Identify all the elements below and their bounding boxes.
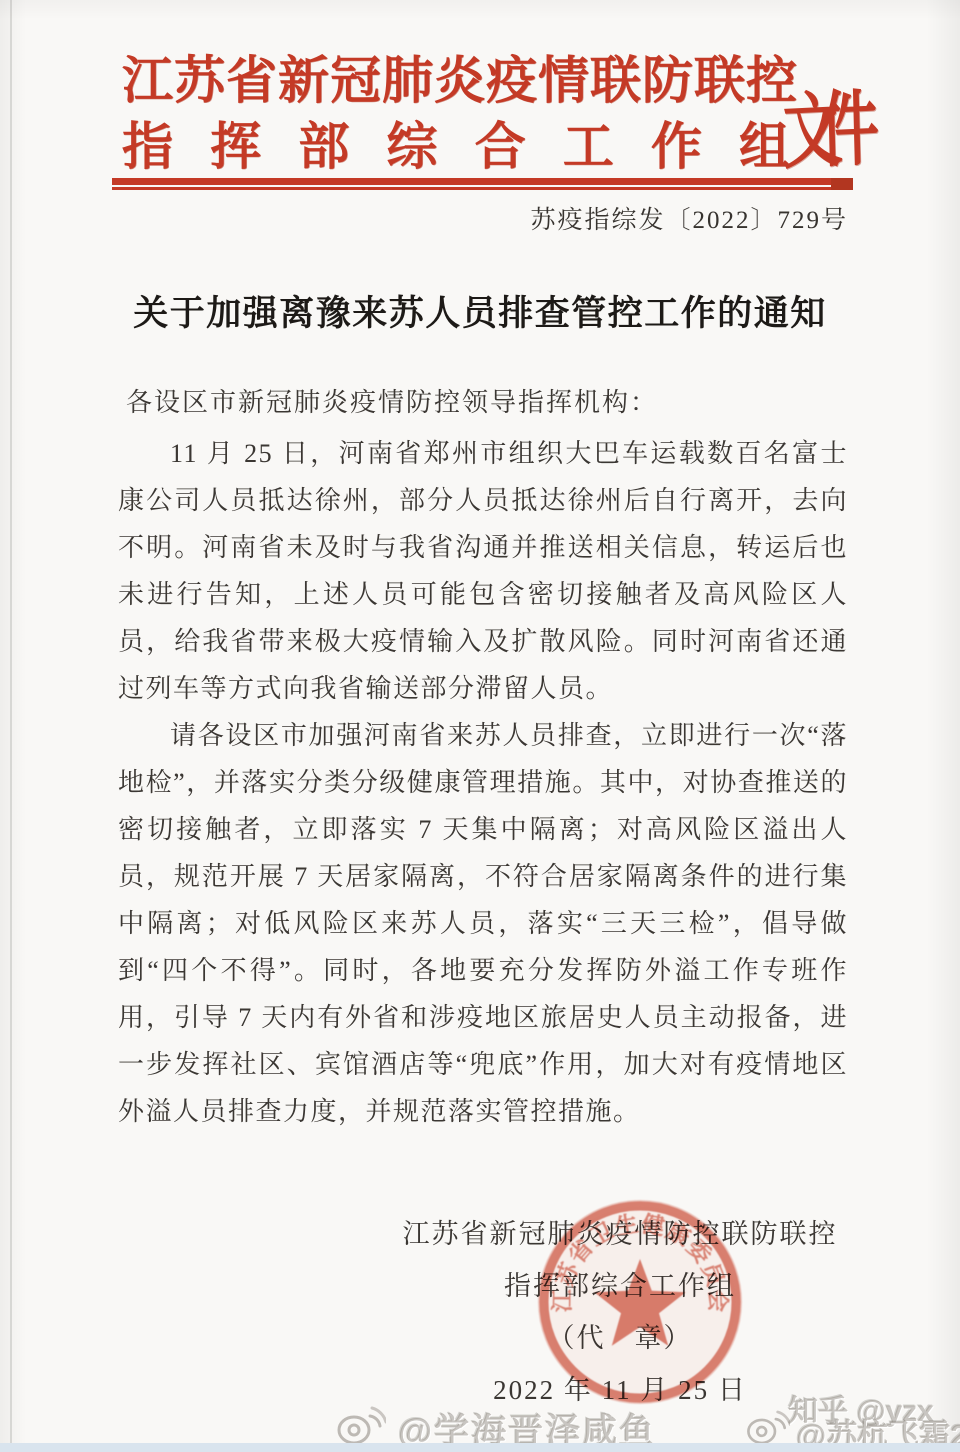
body-paragraph-2: 请各设区市加强河南省来苏人员排查，立即进行一次“落地检”，并落实分类分级健康管理… <box>118 712 848 1135</box>
document-page: 江苏省新冠肺炎疫情联防联控 指挥部综合工作组 文件 苏疫指综发〔2022〕729… <box>0 0 960 1452</box>
doc-type-label: 文件 <box>782 80 858 183</box>
bottom-edge-strip <box>0 1443 960 1452</box>
masthead: 江苏省新冠肺炎疫情联防联控 指挥部综合工作组 <box>122 48 790 180</box>
masthead-org-line2: 指挥部综合工作组 <box>122 116 790 180</box>
body-paragraph-1: 11 月 25 日，河南省郑州市组织大巴车运载数百名富士康公司人员抵达徐州，部分… <box>118 430 848 712</box>
doc-number: 苏疫指综发〔2022〕729号 <box>530 200 848 236</box>
document-body: 11 月 25 日，河南省郑州市组织大巴车运载数百名富士康公司人员抵达徐州，部分… <box>118 430 848 1135</box>
official-seal: 江苏省卫生健康委员会 <box>530 1192 750 1412</box>
document-title: 关于加强离豫来苏人员排查管控工作的通知 <box>0 286 960 336</box>
masthead-org-line1: 江苏省新冠肺炎疫情联防联控 <box>122 48 790 116</box>
weibo-icon <box>334 1402 386 1448</box>
red-rule-end-cap <box>831 178 853 190</box>
red-rule-thin <box>112 187 853 190</box>
scan-artifact-line <box>10 0 12 1452</box>
weibo-icon <box>744 1406 790 1448</box>
salutation: 各设区市新冠肺炎疫情防控领导指挥机构： <box>126 382 658 419</box>
red-rule-thick <box>112 178 853 185</box>
red-separator-rule <box>112 178 853 190</box>
